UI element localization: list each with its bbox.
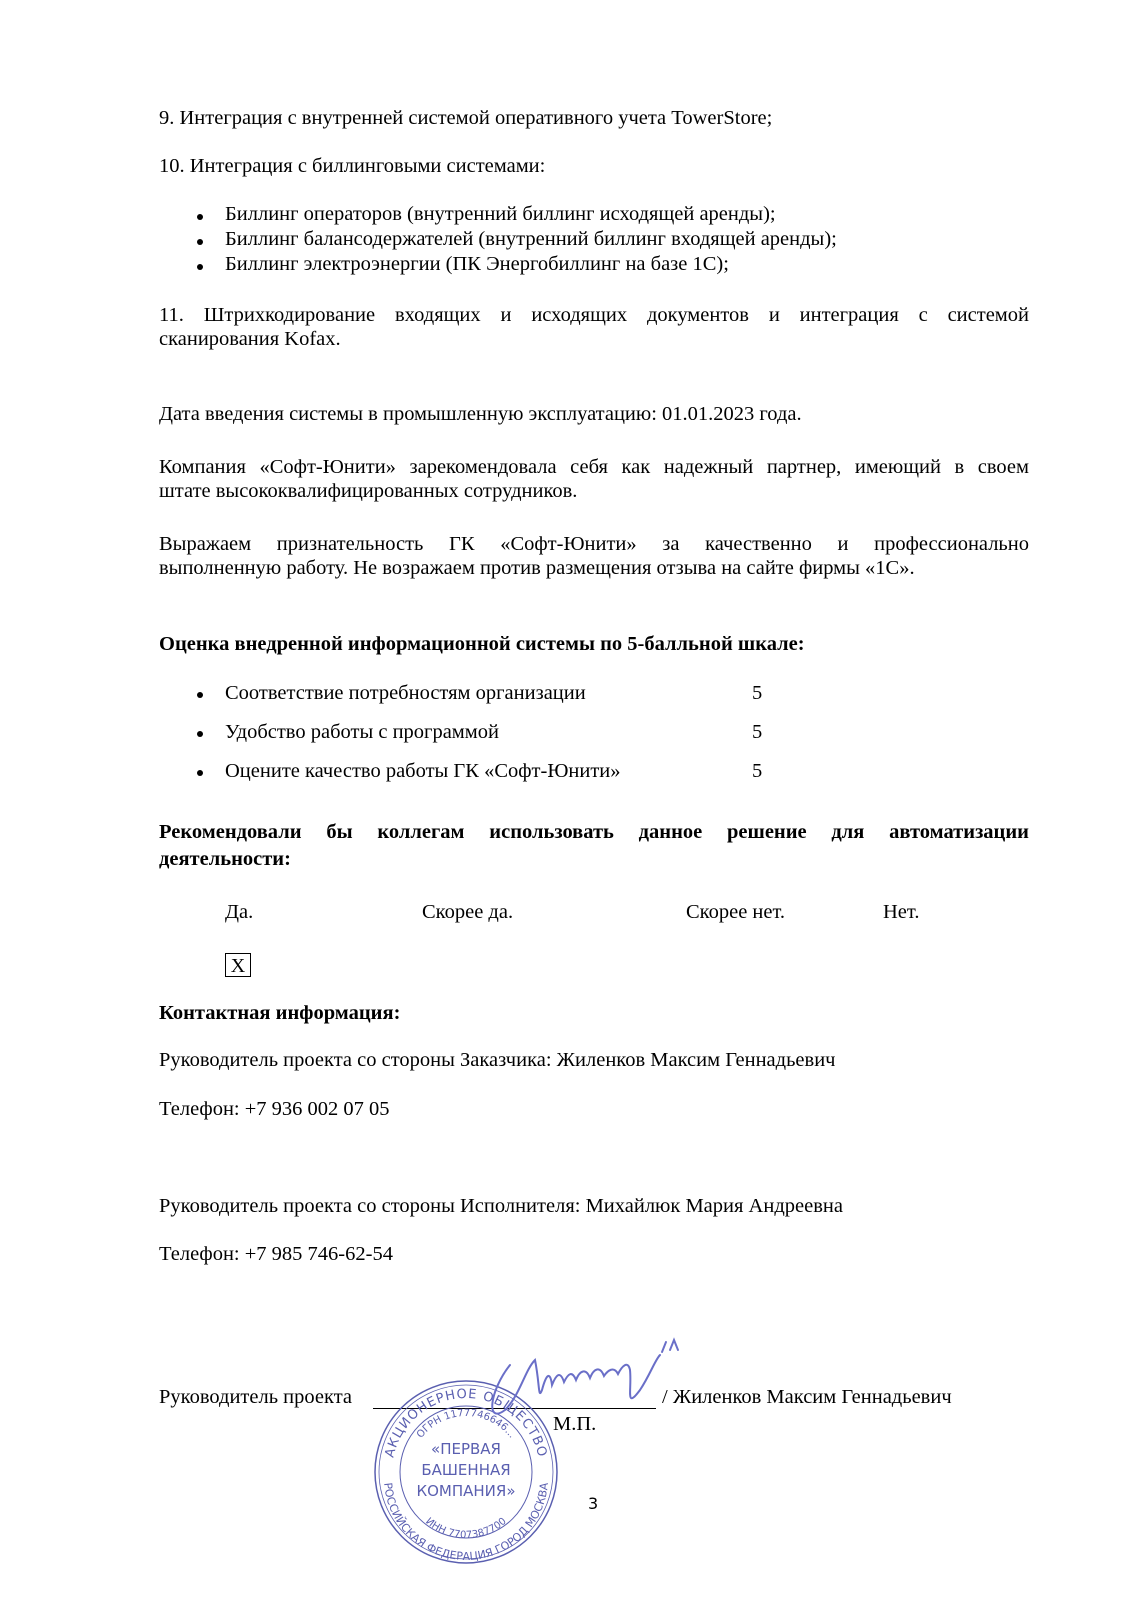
billing-item: Биллинг балансодержателей (внутренний би… (225, 228, 837, 251)
rating-score: 5 (752, 682, 762, 705)
partner-line1: Компания «Софт-Юнити» зарекомендовала се… (159, 455, 1029, 480)
rating-heading: Оценка внедренной информационной системы… (159, 633, 805, 656)
recommend-heading-line2: деятельности: (159, 848, 291, 871)
recommend-option-rather-yes: Скорее да. (422, 901, 513, 924)
item-11-line2: сканирования Kofax. (159, 328, 341, 351)
thanks-line1: Выражаем признательность ГК «Софт-Юнити»… (159, 532, 1029, 557)
checkbox-yes-marked[interactable]: X (225, 953, 251, 977)
handwritten-signature-icon (480, 1330, 680, 1440)
bullet-icon (197, 692, 203, 698)
bullet-icon (197, 770, 203, 776)
svg-text:БАШЕННАЯ: БАШЕННАЯ (421, 1461, 510, 1479)
item-11-line1: 11. Штрихкодирование входящих и исходящи… (159, 303, 1029, 328)
bullet-icon (197, 731, 203, 737)
bullet-icon (197, 264, 203, 270)
contacts-heading: Контактная информация: (159, 1002, 400, 1025)
signature-role: Руководитель проекта (159, 1386, 352, 1409)
customer-pm: Руководитель проекта со стороны Заказчик… (159, 1049, 835, 1072)
customer-phone: Телефон: +7 936 002 07 05 (159, 1098, 390, 1121)
billing-item: Биллинг операторов (внутренний биллинг и… (225, 203, 776, 226)
recommend-option-yes: Да. (225, 901, 253, 924)
signature-name: / Жиленков Максим Геннадьевич (662, 1386, 952, 1409)
item-9: 9. Интеграция с внутренней системой опер… (159, 107, 772, 130)
page-number: 3 (588, 1494, 598, 1513)
document-page: 9. Интеграция с внутренней системой опер… (0, 0, 1131, 1600)
rating-label: Оцените качество работы ГК «Софт-Юнити» (225, 760, 621, 783)
contractor-pm: Руководитель проекта со стороны Исполнит… (159, 1195, 843, 1218)
rating-label: Удобство работы с программой (225, 721, 499, 744)
svg-text:ИНН 7707387700: ИНН 7707387700 (423, 1516, 508, 1541)
bullet-icon (197, 239, 203, 245)
launch-date: Дата введения системы в промышленную экс… (159, 403, 802, 426)
bullet-icon (197, 214, 203, 220)
recommend-option-no: Нет. (883, 901, 919, 924)
rating-score: 5 (752, 721, 762, 744)
contractor-phone: Телефон: +7 985 746-62-54 (159, 1243, 393, 1266)
recommend-heading-line1: Рекомендовали бы коллегам использовать д… (159, 820, 1029, 845)
svg-text:КОМПАНИЯ»: КОМПАНИЯ» (416, 1482, 515, 1500)
svg-text:«ПЕРВАЯ: «ПЕРВАЯ (431, 1440, 501, 1458)
recommend-option-rather-no: Скорее нет. (686, 901, 785, 924)
billing-item: Биллинг электроэнергии (ПК Энергобиллинг… (225, 253, 729, 276)
partner-line2: штате высококвалифицированных сотруднико… (159, 480, 577, 503)
rating-score: 5 (752, 760, 762, 783)
item-10: 10. Интеграция с биллинговыми системами: (159, 155, 545, 178)
thanks-line2: выполненную работу. Не возражаем против … (159, 557, 915, 580)
rating-label: Соответствие потребностям организации (225, 682, 586, 705)
